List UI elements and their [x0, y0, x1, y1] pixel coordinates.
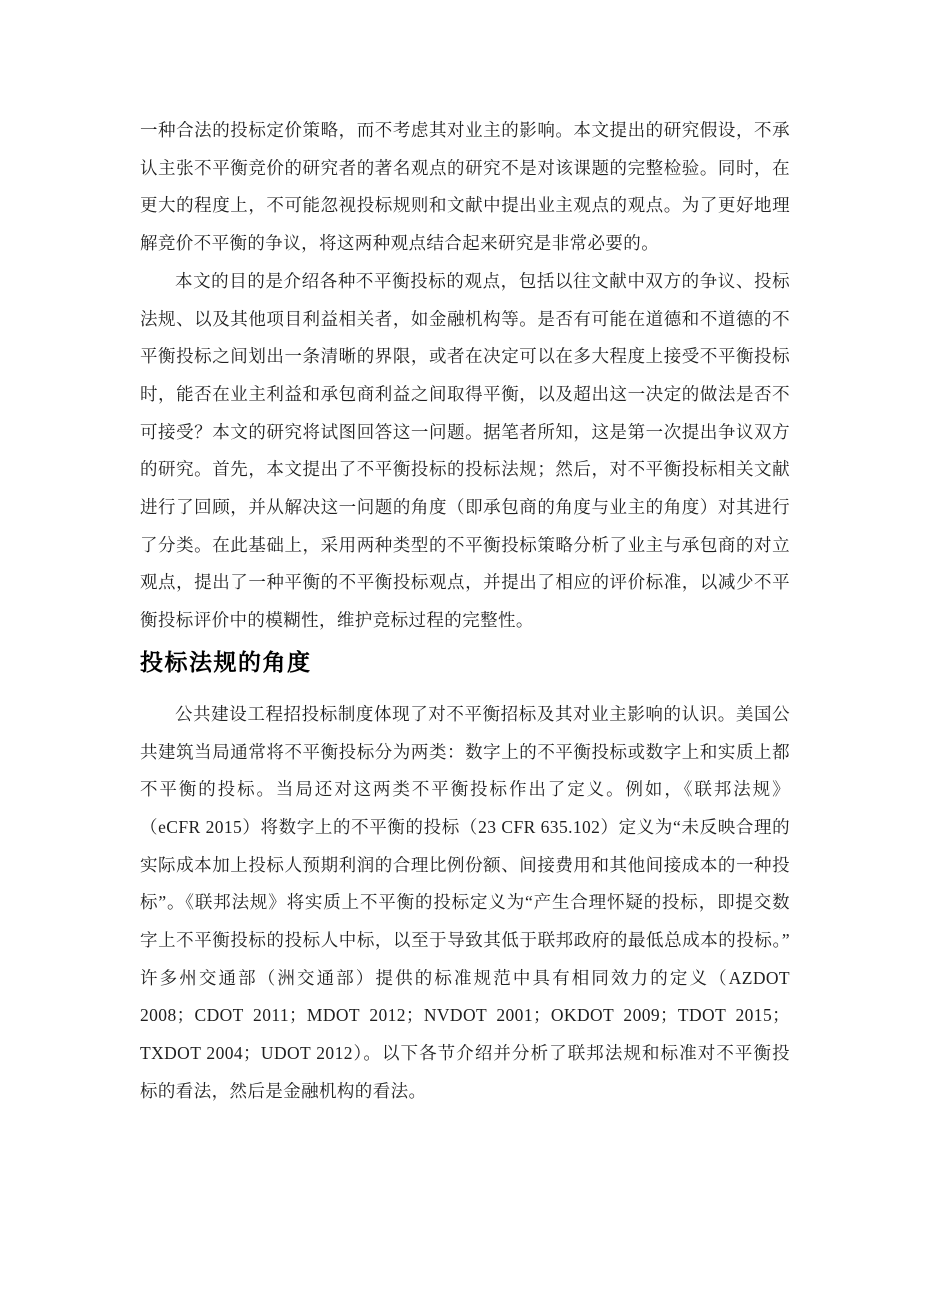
- section-heading-bidding-regulations: 投标法规的角度: [140, 646, 790, 678]
- document-page: 一种合法的投标定价策略，而不考虑其对业主的影响。本文提出的研究假设，不承认主张不…: [0, 0, 925, 1309]
- paragraph-regulations-overview: 公共建设工程招投标制度体现了对不平衡招标及其对业主影响的认识。美国公共建筑当局通…: [140, 696, 790, 1111]
- paragraph-paper-purpose: 本文的目的是介绍各种不平衡投标的观点，包括以往文献中双方的争议、投标法规、以及其…: [140, 263, 790, 640]
- paragraph-intro-continuation: 一种合法的投标定价策略，而不考虑其对业主的影响。本文提出的研究假设，不承认主张不…: [140, 112, 790, 263]
